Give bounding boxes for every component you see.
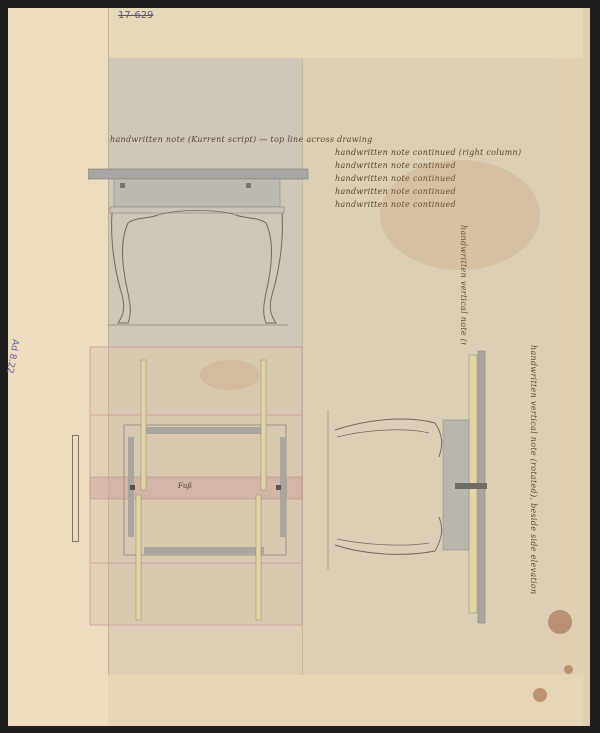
water-stain [200, 360, 260, 390]
upper-paper-strip [103, 8, 583, 58]
stain [564, 665, 573, 674]
note-line: handwritten vertical note (rotated), bes… [527, 345, 540, 615]
side-elevation-drawing [325, 345, 495, 625]
stain [533, 688, 547, 702]
note-line: handwritten note (Kurrent script) — top … [110, 133, 540, 146]
note-line: handwritten note continued (right column… [110, 146, 540, 159]
lower-paper-strip [108, 675, 583, 726]
water-stain [380, 160, 540, 270]
stain [548, 610, 572, 634]
right-vertical-note-2: handwritten vertical note (rotated), bes… [480, 345, 540, 615]
plan-label: Fuß [178, 482, 192, 490]
plan-view-drawing [88, 345, 306, 630]
catalog-number: 17-629 [118, 10, 153, 21]
scale-bar [72, 435, 79, 542]
